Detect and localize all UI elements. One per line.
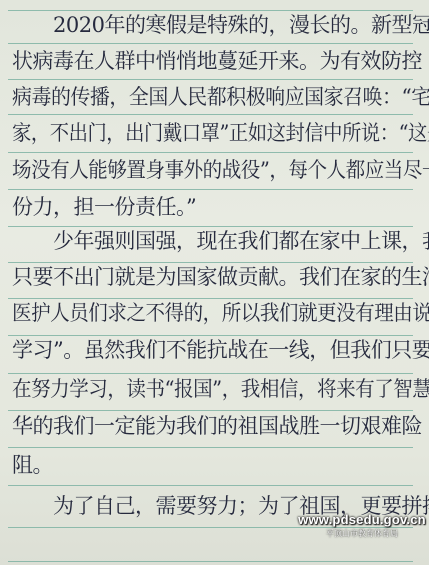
essay-line-3: 病毒的传播，全国人民都积极响应国家召唤：“宅在	[12, 78, 402, 116]
essay-line-5: 场没有人能够置身事外的战役”，每个人都应当尽一	[12, 151, 393, 189]
essay-line-2: 状病毒在人群中悄悄地蔓延开来。为有效防控	[12, 42, 422, 80]
essay-line-11: 在努力学习，读书“报国”，我相信，将来有了智慧与才	[12, 370, 393, 408]
essay-line-13: 阻。	[12, 446, 422, 484]
watermark-url: www.pdsedu.gov.cn	[298, 512, 426, 527]
essay-line-8: 只要不出门就是为国家做贡献。我们在家的生活是	[12, 258, 422, 296]
essay-line-1: 2020年的寒假是特殊的，漫长的。新型冠	[12, 6, 422, 44]
watermark: www.pdsedu.gov.cn 平顶山市教育体育局	[298, 512, 426, 539]
watermark-organization: 平顶山市教育体育局	[298, 528, 426, 539]
notebook-paper: 2020年的寒假是特殊的，漫长的。新型冠 状病毒在人群中悄悄地蔓延开来。为有效防…	[0, 0, 429, 565]
essay-line-12: 华的我们一定能为我们的祖国战胜一切艰难险	[12, 407, 422, 445]
ruled-line	[8, 485, 413, 486]
essay-line-9: 医护人员们求之不得的，所以我们就更没有理由说“不	[12, 294, 393, 332]
essay-line-10: 学习”。虽然我们不能抗战在一线，但我们只要现	[12, 331, 422, 369]
ruled-line	[8, 561, 413, 562]
essay-line-7: 少年强则国强，现在我们都在家中上课，我们	[12, 222, 422, 260]
essay-line-6: 份力，担一份责任。”	[12, 188, 422, 226]
essay-line-4: 家，不出门，出门戴口罩”正如这封信中所说：“这是一	[12, 114, 389, 152]
